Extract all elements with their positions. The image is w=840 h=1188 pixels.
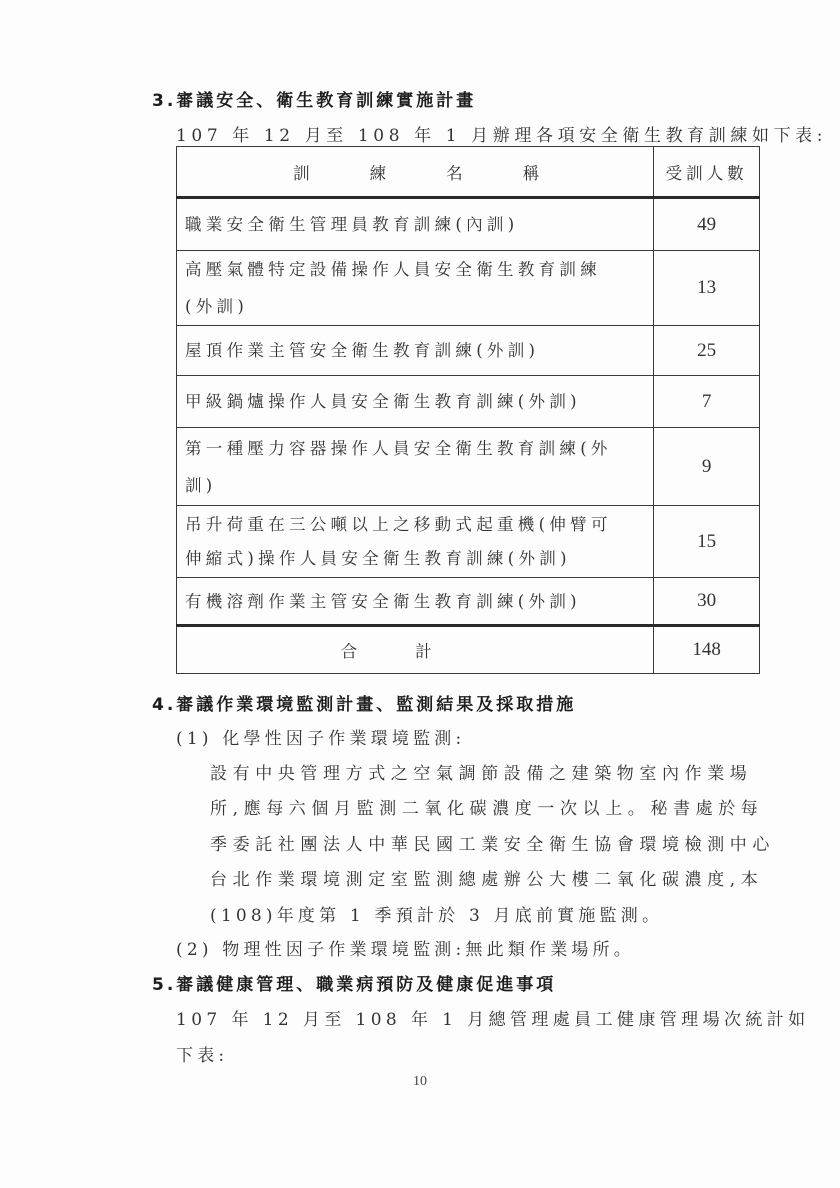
section-3-heading: 3.審議安全、衛生教育訓練實施計畫 xyxy=(152,86,476,111)
trainee-count: 30 xyxy=(654,578,760,626)
training-name: 有機溶劑作業主管安全衛生教育訓練(外訓) xyxy=(185,592,581,611)
trainee-count: 7 xyxy=(654,376,760,428)
header-training-name: 訓練名稱 xyxy=(177,147,654,198)
training-name-cont: 訓) xyxy=(185,467,645,504)
training-name: 第一種壓力容器操作人員安全衛生教育訓練(外 xyxy=(185,430,645,467)
table-row: 有機溶劑作業主管安全衛生教育訓練(外訓) 30 xyxy=(177,578,760,626)
section-5-line: 107 年 12 月至 108 年 1 月總管理處員工健康管理場次統計如 xyxy=(176,1005,810,1030)
table-row: 屋頂作業主管安全衛生教育訓練(外訓) 25 xyxy=(177,326,760,376)
total-label: 合計 xyxy=(177,626,654,674)
document-page: 3.審議安全、衛生教育訓練實施計畫 107 年 12 月至 108 年 1 月辦… xyxy=(0,0,840,1188)
training-name-cont: (外訓) xyxy=(185,288,645,325)
section-4-item-1-line: (108)年度第 1 季預計於 3 月底前實施監測。 xyxy=(210,901,663,926)
training-name: 屋頂作業主管安全衛生教育訓練(外訓) xyxy=(185,341,539,360)
section-3-intro: 107 年 12 月至 108 年 1 月辦理各項安全衛生教育訓練如下表: xyxy=(176,121,827,146)
section-4-item-1-line: 設有中央管理方式之空氣調節設備之建築物室內作業場 xyxy=(210,759,752,784)
table-row: 高壓氣體特定設備操作人員安全衛生教育訓練(外訓) 13 xyxy=(177,251,760,326)
table-header-row: 訓練名稱 受訓人數 xyxy=(177,147,760,198)
training-name: 職業安全衛生管理員教育訓練(內訓) xyxy=(185,215,518,234)
section-4-heading: 4.審議作業環境監測計畫、監測結果及採取措施 xyxy=(152,690,576,715)
section-5-heading: 5.審議健康管理、職業病預防及健康促進事項 xyxy=(152,970,556,995)
trainee-count: 9 xyxy=(654,428,760,506)
table-total-row: 合計 148 xyxy=(177,626,760,674)
header-trainee-count: 受訓人數 xyxy=(654,147,760,198)
table-row: 職業安全衛生管理員教育訓練(內訓) 49 xyxy=(177,198,760,251)
section-5-line: 下表: xyxy=(176,1041,228,1066)
section-4-item-1-label: (1) 化學性因子作業環境監測: xyxy=(176,724,465,749)
section-4-item-2: (2) 物理性因子作業環境監測:無此類作業場所。 xyxy=(176,935,635,960)
total-value: 148 xyxy=(654,626,760,674)
table-row: 第一種壓力容器操作人員安全衛生教育訓練(外訓) 9 xyxy=(177,428,760,506)
section-4-item-1-line: 所,應每六個月監測二氧化碳濃度一次以上。秘書處於每 xyxy=(210,794,763,819)
trainee-count: 15 xyxy=(654,506,760,578)
training-name: 甲級鍋爐操作人員安全衛生教育訓練(外訓) xyxy=(185,392,581,411)
section-4-item-1-line: 季委託社團法人中華民國工業安全衛生協會環境檢測中心 xyxy=(210,830,775,855)
training-name-cont: 伸縮式)操作人員安全衛生教育訓練(外訓) xyxy=(185,542,645,576)
trainee-count: 13 xyxy=(654,251,760,326)
table-row: 吊升荷重在三公噸以上之移動式起重機(伸臂可伸縮式)操作人員安全衛生教育訓練(外訓… xyxy=(177,506,760,578)
training-name: 吊升荷重在三公噸以上之移動式起重機(伸臂可 xyxy=(185,508,645,542)
trainee-count: 49 xyxy=(654,198,760,251)
table-row: 甲級鍋爐操作人員安全衛生教育訓練(外訓) 7 xyxy=(177,376,760,428)
training-name: 高壓氣體特定設備操作人員安全衛生教育訓練 xyxy=(185,251,645,288)
training-table: 訓練名稱 受訓人數 職業安全衛生管理員教育訓練(內訓) 49 高壓氣體特定設備操… xyxy=(176,146,760,674)
page-number: 10 xyxy=(0,1074,840,1090)
trainee-count: 25 xyxy=(654,326,760,376)
section-4-item-1-line: 台北作業環境測定室監測總處辦公大樓二氧化碳濃度,本 xyxy=(210,865,763,890)
